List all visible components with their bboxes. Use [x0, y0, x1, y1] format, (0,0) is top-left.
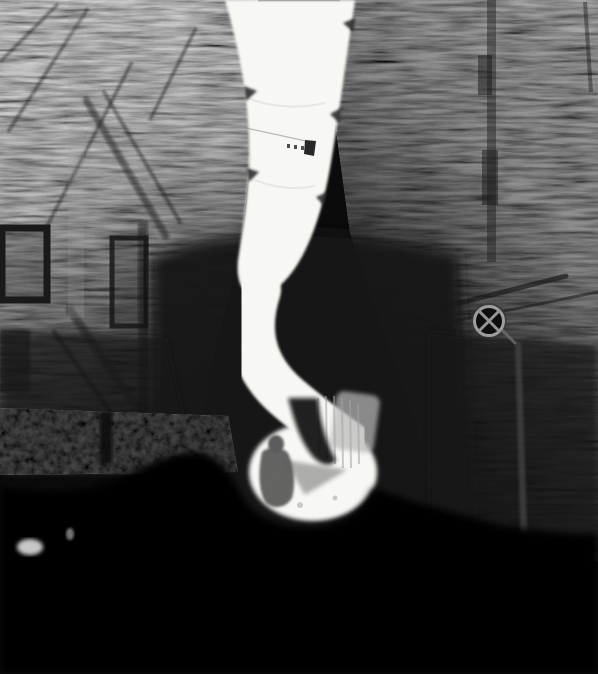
double-exposure-photo: A narrow alley between two tall, scratch…	[0, 0, 598, 674]
film-grain-overlay	[0, 0, 598, 674]
photo-canvas: A narrow alley between two tall, scratch…	[0, 0, 598, 674]
